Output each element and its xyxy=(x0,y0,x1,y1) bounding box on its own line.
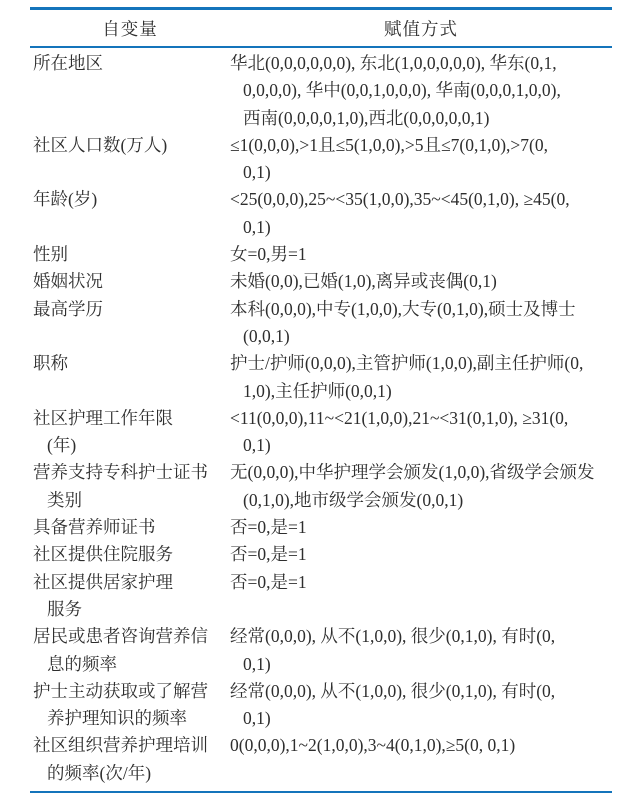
coding-scheme: 否=0,是=1 xyxy=(230,569,612,596)
variable-name: 社区提供居家护理 服务 xyxy=(30,569,230,624)
coding-scheme: 未婚(0,0),已婚(1,0),离异或丧偶(0,1) xyxy=(230,268,612,295)
variable-name: 婚姻状况 xyxy=(30,268,230,295)
variable-name: 性别 xyxy=(30,241,230,268)
coding-scheme: 经常(0,0,0), 从不(1,0,0), 很少(0,1,0), 有时(0, 0… xyxy=(230,678,612,733)
table-row: 职称 护士/护师(0,0,0),主管护师(1,0,0),副主任护师(0, 1,0… xyxy=(30,350,612,405)
table-row: 社区组织营养护理培训 的频率(次/年) 0(0,0,0),1~2(1,0,0),… xyxy=(30,732,612,787)
variable-name: 居民或患者咨询营养信 息的频率 xyxy=(30,623,230,678)
variable-name: 社区提供住院服务 xyxy=(30,541,230,568)
table-row: 具备营养师证书 否=0,是=1 xyxy=(30,514,612,541)
coding-scheme: 经常(0,0,0), 从不(1,0,0), 很少(0,1,0), 有时(0, 0… xyxy=(230,623,612,678)
coding-scheme: 否=0,是=1 xyxy=(230,541,612,568)
table-row: 所在地区 华北(0,0,0,0,0,0), 东北(1,0,0,0,0,0), 华… xyxy=(30,50,612,132)
table-row: 年龄(岁) <25(0,0,0),25~<35(1,0,0),35~<45(0,… xyxy=(30,186,612,241)
variable-name: 所在地区 xyxy=(30,50,230,77)
variable-coding-table: 自变量 赋值方式 所在地区 华北(0,0,0,0,0,0), 东北(1,0,0,… xyxy=(30,7,612,793)
variable-name: 最高学历 xyxy=(30,296,230,323)
table-row: 性别 女=0,男=1 xyxy=(30,241,612,268)
variable-name: 社区组织营养护理培训 的频率(次/年) xyxy=(30,732,230,787)
variable-name: 社区人口数(万人) xyxy=(30,132,230,159)
table-row: 社区护理工作年限 (年) <11(0,0,0),11~<21(1,0,0),21… xyxy=(30,405,612,460)
coding-scheme: <25(0,0,0),25~<35(1,0,0),35~<45(0,1,0), … xyxy=(230,186,612,241)
coding-scheme: 华北(0,0,0,0,0,0), 东北(1,0,0,0,0,0), 华东(0,1… xyxy=(230,50,612,132)
table-row: 最高学历 本科(0,0,0),中专(1,0,0),大专(0,1,0),硕士及博士… xyxy=(30,296,612,351)
coding-scheme: 女=0,男=1 xyxy=(230,241,612,268)
variable-name: 具备营养师证书 xyxy=(30,514,230,541)
table-header-row: 自变量 赋值方式 xyxy=(30,10,612,48)
coding-scheme: 本科(0,0,0),中专(1,0,0),大专(0,1,0),硕士及博士 (0,0… xyxy=(230,296,612,351)
table-row: 护士主动获取或了解营 养护理知识的频率 经常(0,0,0), 从不(1,0,0)… xyxy=(30,678,612,733)
coding-scheme: 护士/护师(0,0,0),主管护师(1,0,0),副主任护师(0, 1,0),主… xyxy=(230,350,612,405)
variable-name: 职称 xyxy=(30,350,230,377)
header-variable: 自变量 xyxy=(30,16,230,41)
variable-name: 年龄(岁) xyxy=(30,186,230,213)
table-row: 社区提供住院服务 否=0,是=1 xyxy=(30,541,612,568)
table-row: 社区提供居家护理 服务 否=0,是=1 xyxy=(30,569,612,624)
coding-scheme: 否=0,是=1 xyxy=(230,514,612,541)
table-row: 社区人口数(万人) ≤1(0,0,0),>1且≤5(1,0,0),>5且≤7(0… xyxy=(30,132,612,187)
table-row: 婚姻状况 未婚(0,0),已婚(1,0),离异或丧偶(0,1) xyxy=(30,268,612,295)
table-row: 营养支持专科护士证书 类别 无(0,0,0),中华护理学会颁发(1,0,0),省… xyxy=(30,459,612,514)
variable-name: 营养支持专科护士证书 类别 xyxy=(30,459,230,514)
coding-scheme: <11(0,0,0),11~<21(1,0,0),21~<31(0,1,0), … xyxy=(230,405,612,460)
header-coding: 赋值方式 xyxy=(230,16,612,41)
coding-scheme: 0(0,0,0),1~2(1,0,0),3~4(0,1,0),≥5(0, 0,1… xyxy=(230,732,612,759)
coding-scheme: 无(0,0,0),中华护理学会颁发(1,0,0),省级学会颁发 (0,1,0),… xyxy=(230,459,612,514)
coding-scheme: ≤1(0,0,0),>1且≤5(1,0,0),>5且≤7(0,1,0),>7(0… xyxy=(230,132,612,187)
variable-name: 护士主动获取或了解营 养护理知识的频率 xyxy=(30,678,230,733)
table-body: 所在地区 华北(0,0,0,0,0,0), 东北(1,0,0,0,0,0), 华… xyxy=(30,48,612,791)
variable-name: 社区护理工作年限 (年) xyxy=(30,405,230,460)
table-row: 居民或患者咨询营养信 息的频率 经常(0,0,0), 从不(1,0,0), 很少… xyxy=(30,623,612,678)
